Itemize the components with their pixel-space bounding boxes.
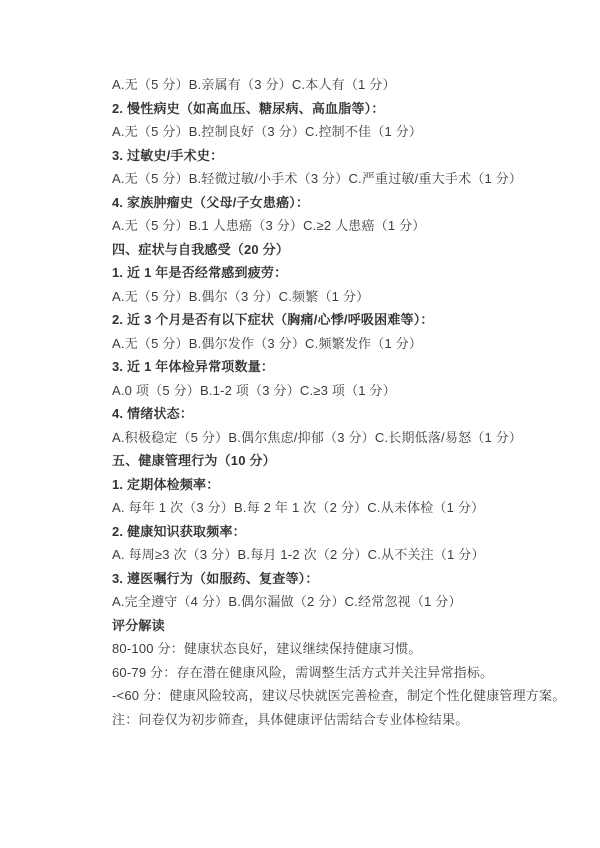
text-line: A.无（5 分）B.偶尔（3 分）C.频繁（1 分）	[112, 285, 562, 309]
text-line: 注：问卷仅为初步筛查，具体健康评估需结合专业体检结果。	[112, 708, 562, 732]
text-line: -<60 分：健康风险较高，建议尽快就医完善检查，制定个性化健康管理方案。	[112, 684, 562, 708]
question-heading-line: 评分解读	[112, 614, 562, 638]
question-heading-line: 4. 情绪状态：	[112, 402, 562, 426]
text-line: A.无（5 分）B.1 人患癌（3 分）C.≥2 人患癌（1 分）	[112, 214, 562, 238]
question-heading-line: 五、健康管理行为（10 分）	[112, 449, 562, 473]
question-heading-line: 1. 近 1 年是否经常感到疲劳：	[112, 261, 562, 285]
question-heading-line: 2. 慢性病史（如高血压、糖尿病、高血脂等）：	[112, 97, 562, 121]
question-heading-line: 3. 过敏史/手术史：	[112, 144, 562, 168]
text-line: A.无（5 分）B.控制良好（3 分）C.控制不佳（1 分）	[112, 120, 562, 144]
text-line: A. 每周≥3 次（3 分）B.每月 1-2 次（2 分）C.从不关注（1 分）	[112, 543, 562, 567]
document-page: A.无（5 分）B.亲属有（3 分）C.本人有（1 分）2. 慢性病史（如高血压…	[0, 0, 600, 848]
question-heading-line: 4. 家族肿瘤史（父母/子女患癌）：	[112, 191, 562, 215]
text-line: A.完全遵守（4 分）B.偶尔漏做（2 分）C.经常忽视（1 分）	[112, 590, 562, 614]
text-line: 80-100 分：健康状态良好，建议继续保持健康习惯。	[112, 637, 562, 661]
text-line: A.无（5 分）B.轻微过敏/小手术（3 分）C.严重过敏/重大手术（1 分）	[112, 167, 562, 191]
question-heading-line: 3. 遵医嘱行为（如服药、复查等）：	[112, 567, 562, 591]
text-line: A.无（5 分）B.偶尔发作（3 分）C.频繁发作（1 分）	[112, 332, 562, 356]
text-line: 60-79 分：存在潜在健康风险，需调整生活方式并关注异常指标。	[112, 661, 562, 685]
text-line: A.积极稳定（5 分）B.偶尔焦虑/抑郁（3 分）C.长期低落/易怒（1 分）	[112, 426, 562, 450]
question-heading-line: 1. 定期体检频率：	[112, 473, 562, 497]
text-line: A. 每年 1 次（3 分）B.每 2 年 1 次（2 分）C.从未体检（1 分…	[112, 496, 562, 520]
text-line: A.无（5 分）B.亲属有（3 分）C.本人有（1 分）	[112, 73, 562, 97]
question-heading-line: 3. 近 1 年体检异常项数量：	[112, 355, 562, 379]
question-heading-line: 2. 近 3 个月是否有以下症状（胸痛/心悸/呼吸困难等）：	[112, 308, 562, 332]
questionnaire-text-block: A.无（5 分）B.亲属有（3 分）C.本人有（1 分）2. 慢性病史（如高血压…	[112, 73, 562, 731]
question-heading-line: 2. 健康知识获取频率：	[112, 520, 562, 544]
text-line: A.0 项（5 分）B.1-2 项（3 分）C.≥3 项（1 分）	[112, 379, 562, 403]
question-heading-line: 四、症状与自我感受（20 分）	[112, 238, 562, 262]
